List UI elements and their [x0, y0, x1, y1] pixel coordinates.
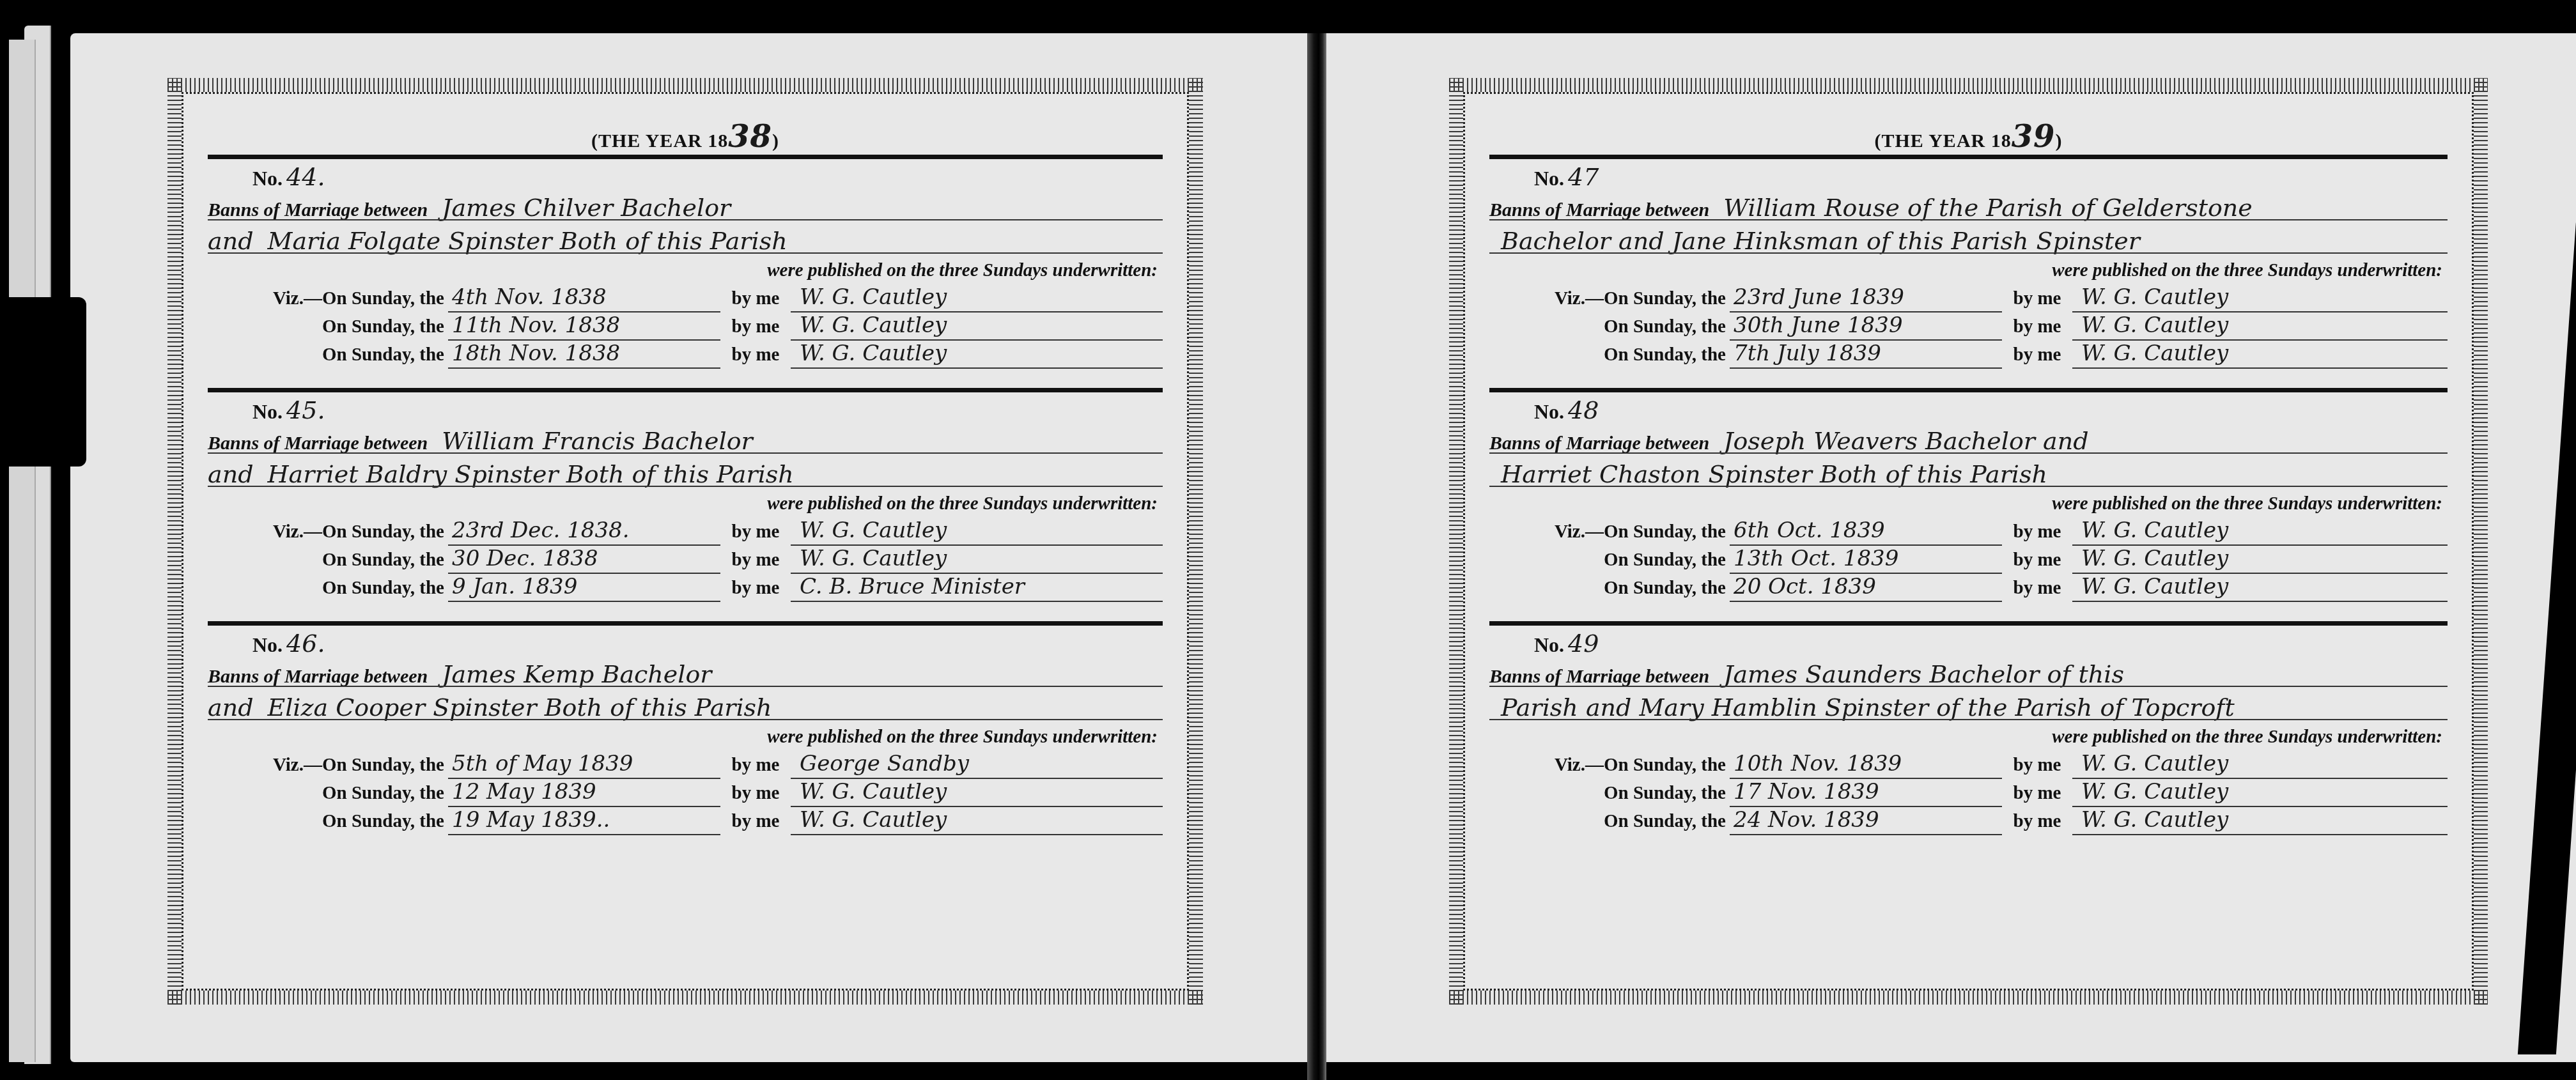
published-label: were published on the three Sundays unde… [1489, 724, 2448, 750]
right-register-form: (THE YEAR 1839) No.47 Banns of Marriage … [1463, 92, 2474, 991]
sunday-row: On Sunday, the 18th Nov. 1838 by me W. G… [208, 339, 1163, 367]
sundays-list: Viz.—On Sunday, the 5th of May 1839 by m… [208, 750, 1163, 834]
sunday-row: On Sunday, the 9 Jan. 1839 by me C. B. B… [208, 573, 1163, 601]
by-me-label: by me [720, 518, 791, 546]
sundays-list: Viz.—On Sunday, the 10th Nov. 1839 by me… [1489, 750, 2448, 834]
party-names-1: William Francis Bachelor [442, 427, 752, 455]
officiant-signature: W. G. Cautley [791, 516, 1163, 546]
entry-number-value: 47 [1568, 163, 1599, 191]
sunday-row: On Sunday, the 11th Nov. 1838 by me W. G… [208, 311, 1163, 339]
sunday-label: Viz.—On Sunday, the [208, 518, 448, 546]
sunday-date: 9 Jan. 1839 [448, 573, 720, 602]
officiant-signature: W. G. Cautley [791, 311, 1163, 341]
entry-number: No.45. [208, 396, 1163, 424]
sunday-label: Viz.—On Sunday, the [1489, 284, 1730, 312]
left-register-form: (THE YEAR 1838) No.44. Banns of Marriage… [182, 92, 1189, 991]
entry-number: No.48 [1489, 396, 2448, 424]
year-prefix: (THE YEAR 18 [591, 130, 728, 151]
sunday-row: On Sunday, the 13th Oct. 1839 by me W. G… [1489, 544, 2448, 573]
sunday-row: Viz.—On Sunday, the 10th Nov. 1839 by me… [1489, 750, 2448, 778]
by-me-label: by me [720, 807, 791, 835]
by-me-label: by me [720, 751, 791, 779]
entry-number: No.49 [1489, 629, 2448, 658]
sunday-label: On Sunday, the [208, 807, 448, 835]
sunday-label: Viz.—On Sunday, the [1489, 751, 1730, 779]
entry-number-label: No. [252, 400, 283, 423]
entry-number: No.46. [208, 629, 1163, 658]
entry-number-value: 46. [286, 629, 325, 658]
sunday-date: 23rd Dec. 1838. [448, 516, 720, 546]
names-line-1: Banns of Marriage between William Franci… [208, 424, 1163, 458]
officiant-signature: C. B. Bruce Minister [791, 573, 1163, 602]
officiant-signature: W. G. Cautley [791, 339, 1163, 369]
entry-number-label: No. [252, 633, 283, 656]
party-names-2: Bachelor and Jane Hinksman of this Paris… [1501, 227, 2140, 255]
sunday-date: 30th June 1839 [1730, 311, 2002, 341]
sunday-label: On Sunday, the [1489, 341, 1730, 369]
sunday-label: On Sunday, the [208, 341, 448, 369]
sunday-date: 11th Nov. 1838 [448, 311, 720, 341]
party-names-1: James Saunders Bachelor of this [1723, 660, 2124, 688]
sunday-date: 30 Dec. 1838 [448, 544, 720, 574]
sunday-label: Viz.—On Sunday, the [208, 284, 448, 312]
party-names-2: Parish and Mary Hamblin Spinster of the … [1501, 693, 2235, 721]
sunday-row: Viz.—On Sunday, the 4th Nov. 1838 by me … [208, 283, 1163, 311]
sunday-row: On Sunday, the 7th July 1839 by me W. G.… [1489, 339, 2448, 367]
names-line-2: Bachelor and Jane Hinksman of this Paris… [1489, 224, 2448, 258]
names-line-1: Banns of Marriage between Joseph Weavers… [1489, 424, 2448, 458]
banns-label: Banns of Marriage between [1489, 199, 1709, 220]
party-names-2: Eliza Cooper Spinster Both of this Paris… [267, 693, 772, 721]
and-label: and [208, 227, 253, 255]
sunday-date: 10th Nov. 1839 [1730, 750, 2002, 779]
officiant-signature: W. G. Cautley [2072, 311, 2448, 341]
entry-number: No.44. [208, 163, 1163, 191]
sunday-label: On Sunday, the [1489, 312, 1730, 341]
by-me-label: by me [2002, 341, 2072, 369]
and-label: and [208, 693, 253, 721]
sunday-date: 24 Nov. 1839 [1730, 806, 2002, 835]
banns-entry: No.47 Banns of Marriage between William … [1489, 155, 2448, 388]
entry-number-label: No. [252, 167, 283, 190]
sundays-list: Viz.—On Sunday, the 23rd Dec. 1838. by m… [208, 516, 1163, 601]
published-label: were published on the three Sundays unde… [208, 724, 1163, 750]
banns-label: Banns of Marriage between [208, 433, 428, 454]
sunday-row: Viz.—On Sunday, the 6th Oct. 1839 by me … [1489, 516, 2448, 544]
sunday-label: On Sunday, the [1489, 574, 1730, 602]
banns-label: Banns of Marriage between [1489, 666, 1709, 687]
by-me-label: by me [720, 779, 791, 807]
names-line-2: and Eliza Cooper Spinster Both of this P… [208, 691, 1163, 724]
by-me-label: by me [2002, 779, 2072, 807]
year-heading: (THE YEAR 1839) [1489, 120, 2448, 155]
entry-number-label: No. [1534, 167, 1564, 190]
by-me-label: by me [720, 574, 791, 602]
year-prefix: (THE YEAR 18 [1874, 130, 2011, 151]
year-handwritten: 39 [2012, 119, 2056, 155]
banns-entry: No.45. Banns of Marriage between William… [208, 388, 1163, 621]
entry-number-label: No. [1534, 400, 1564, 423]
banns-entry: No.46. Banns of Marriage between James K… [208, 621, 1163, 854]
sunday-date: 5th of May 1839 [448, 750, 720, 779]
sunday-row: On Sunday, the 17 Nov. 1839 by me W. G. … [1489, 778, 2448, 806]
published-label: were published on the three Sundays unde… [208, 258, 1163, 283]
officiant-signature: W. G. Cautley [2072, 806, 2448, 835]
names-line-1: Banns of Marriage between James Saunders… [1489, 658, 2448, 691]
party-names-1: James Kemp Bachelor [442, 660, 711, 688]
by-me-label: by me [2002, 312, 2072, 341]
officiant-signature: W. G. Cautley [791, 544, 1163, 574]
sunday-date: 20 Oct. 1839 [1730, 573, 2002, 602]
names-line-2: and Harriet Baldry Spinster Both of this… [208, 458, 1163, 491]
officiant-signature: W. G. Cautley [791, 283, 1163, 312]
sunday-date: 17 Nov. 1839 [1730, 778, 2002, 807]
year-handwritten: 38 [728, 119, 772, 155]
sundays-list: Viz.—On Sunday, the 6th Oct. 1839 by me … [1489, 516, 2448, 601]
sunday-row: On Sunday, the 20 Oct. 1839 by me W. G. … [1489, 573, 2448, 601]
by-me-label: by me [720, 341, 791, 369]
banns-label: Banns of Marriage between [208, 666, 428, 687]
sunday-row: Viz.—On Sunday, the 5th of May 1839 by m… [208, 750, 1163, 778]
and-label: and [208, 460, 253, 488]
published-label: were published on the three Sundays unde… [1489, 491, 2448, 516]
sunday-row: Viz.—On Sunday, the 23rd June 1839 by me… [1489, 283, 2448, 311]
sunday-row: Viz.—On Sunday, the 23rd Dec. 1838. by m… [208, 516, 1163, 544]
entry-number-label: No. [1534, 633, 1564, 656]
officiant-signature: W. G. Cautley [2072, 544, 2448, 574]
published-label: were published on the three Sundays unde… [1489, 258, 2448, 283]
by-me-label: by me [2002, 284, 2072, 312]
officiant-signature: George Sandby [791, 750, 1163, 779]
names-line-1: Banns of Marriage between James Kemp Bac… [208, 658, 1163, 691]
sunday-date: 13th Oct. 1839 [1730, 544, 2002, 574]
names-line-1: Banns of Marriage between James Chilver … [208, 191, 1163, 224]
sunday-date: 12 May 1839 [448, 778, 720, 807]
sundays-list: Viz.—On Sunday, the 4th Nov. 1838 by me … [208, 283, 1163, 367]
officiant-signature: W. G. Cautley [2072, 750, 2448, 779]
by-me-label: by me [2002, 751, 2072, 779]
sunday-label: On Sunday, the [1489, 779, 1730, 807]
officiant-signature: W. G. Cautley [2072, 283, 2448, 312]
entry-number-value: 48 [1568, 396, 1599, 424]
entry-number: No.47 [1489, 163, 2448, 191]
sunday-row: On Sunday, the 30th June 1839 by me W. G… [1489, 311, 2448, 339]
sunday-label: On Sunday, the [1489, 546, 1730, 574]
sunday-date: 6th Oct. 1839 [1730, 516, 2002, 546]
officiant-signature: W. G. Cautley [2072, 516, 2448, 546]
sunday-date: 18th Nov. 1838 [448, 339, 720, 369]
sunday-row: On Sunday, the 19 May 1839.. by me W. G.… [208, 806, 1163, 834]
year-heading: (THE YEAR 1838) [208, 120, 1163, 155]
names-line-1: Banns of Marriage between William Rouse … [1489, 191, 2448, 224]
names-line-2: Parish and Mary Hamblin Spinster of the … [1489, 691, 2448, 724]
sunday-row: On Sunday, the 24 Nov. 1839 by me W. G. … [1489, 806, 2448, 834]
officiant-signature: W. G. Cautley [791, 806, 1163, 835]
sunday-label: On Sunday, the [208, 574, 448, 602]
by-me-label: by me [720, 312, 791, 341]
banns-entry: No.49 Banns of Marriage between James Sa… [1489, 621, 2448, 854]
right-page-ornamental-border: (THE YEAR 1839) No.47 Banns of Marriage … [1441, 70, 2495, 1012]
sunday-row: On Sunday, the 12 May 1839 by me W. G. C… [208, 778, 1163, 806]
party-names-1: Joseph Weavers Bachelor and [1723, 427, 2088, 455]
officiant-signature: W. G. Cautley [2072, 778, 2448, 807]
sunday-label: On Sunday, the [208, 546, 448, 574]
left-page-ornamental-border: (THE YEAR 1838) No.44. Banns of Marriage… [160, 70, 1211, 1012]
by-me-label: by me [2002, 574, 2072, 602]
entry-number-value: 49 [1568, 629, 1599, 658]
names-line-2: Harriet Chaston Spinster Both of this Pa… [1489, 458, 2448, 491]
sunday-label: On Sunday, the [208, 312, 448, 341]
sunday-label: Viz.—On Sunday, the [208, 751, 448, 779]
by-me-label: by me [720, 284, 791, 312]
sunday-row: On Sunday, the 30 Dec. 1838 by me W. G. … [208, 544, 1163, 573]
party-names-2: Harriet Chaston Spinster Both of this Pa… [1501, 460, 2047, 488]
year-suffix: ) [772, 130, 779, 151]
sunday-date: 19 May 1839.. [448, 806, 720, 835]
party-names-1: James Chilver Bachelor [442, 194, 731, 222]
year-suffix: ) [2056, 130, 2063, 151]
banns-label: Banns of Marriage between [1489, 433, 1709, 454]
sunday-date: 7th July 1839 [1730, 339, 2002, 369]
party-names-1: William Rouse of the Parish of Geldersto… [1723, 194, 2253, 222]
names-line-2: and Maria Folgate Spinster Both of this … [208, 224, 1163, 258]
page-stack-edge-inner [9, 40, 36, 1062]
by-me-label: by me [2002, 518, 2072, 546]
banns-label: Banns of Marriage between [208, 199, 428, 220]
sunday-label: On Sunday, the [1489, 807, 1730, 835]
sundays-list: Viz.—On Sunday, the 23rd June 1839 by me… [1489, 283, 2448, 367]
by-me-label: by me [2002, 546, 2072, 574]
sunday-date: 23rd June 1839 [1730, 283, 2002, 312]
officiant-signature: W. G. Cautley [791, 778, 1163, 807]
entry-number-value: 45. [286, 396, 325, 424]
entry-number-value: 44. [286, 163, 325, 191]
by-me-label: by me [2002, 807, 2072, 835]
banns-entry: No.44. Banns of Marriage between James C… [208, 155, 1163, 388]
book-gutter [1307, 33, 1326, 1080]
officiant-signature: W. G. Cautley [2072, 573, 2448, 602]
left-page-tab-shadow [0, 297, 86, 467]
published-label: were published on the three Sundays unde… [208, 491, 1163, 516]
by-me-label: by me [720, 546, 791, 574]
sunday-date: 4th Nov. 1838 [448, 283, 720, 312]
sunday-label: On Sunday, the [208, 779, 448, 807]
party-names-2: Maria Folgate Spinster Both of this Pari… [267, 227, 787, 255]
party-names-2: Harriet Baldry Spinster Both of this Par… [267, 460, 793, 488]
banns-entry: No.48 Banns of Marriage between Joseph W… [1489, 388, 2448, 621]
sunday-label: Viz.—On Sunday, the [1489, 518, 1730, 546]
officiant-signature: W. G. Cautley [2072, 339, 2448, 369]
